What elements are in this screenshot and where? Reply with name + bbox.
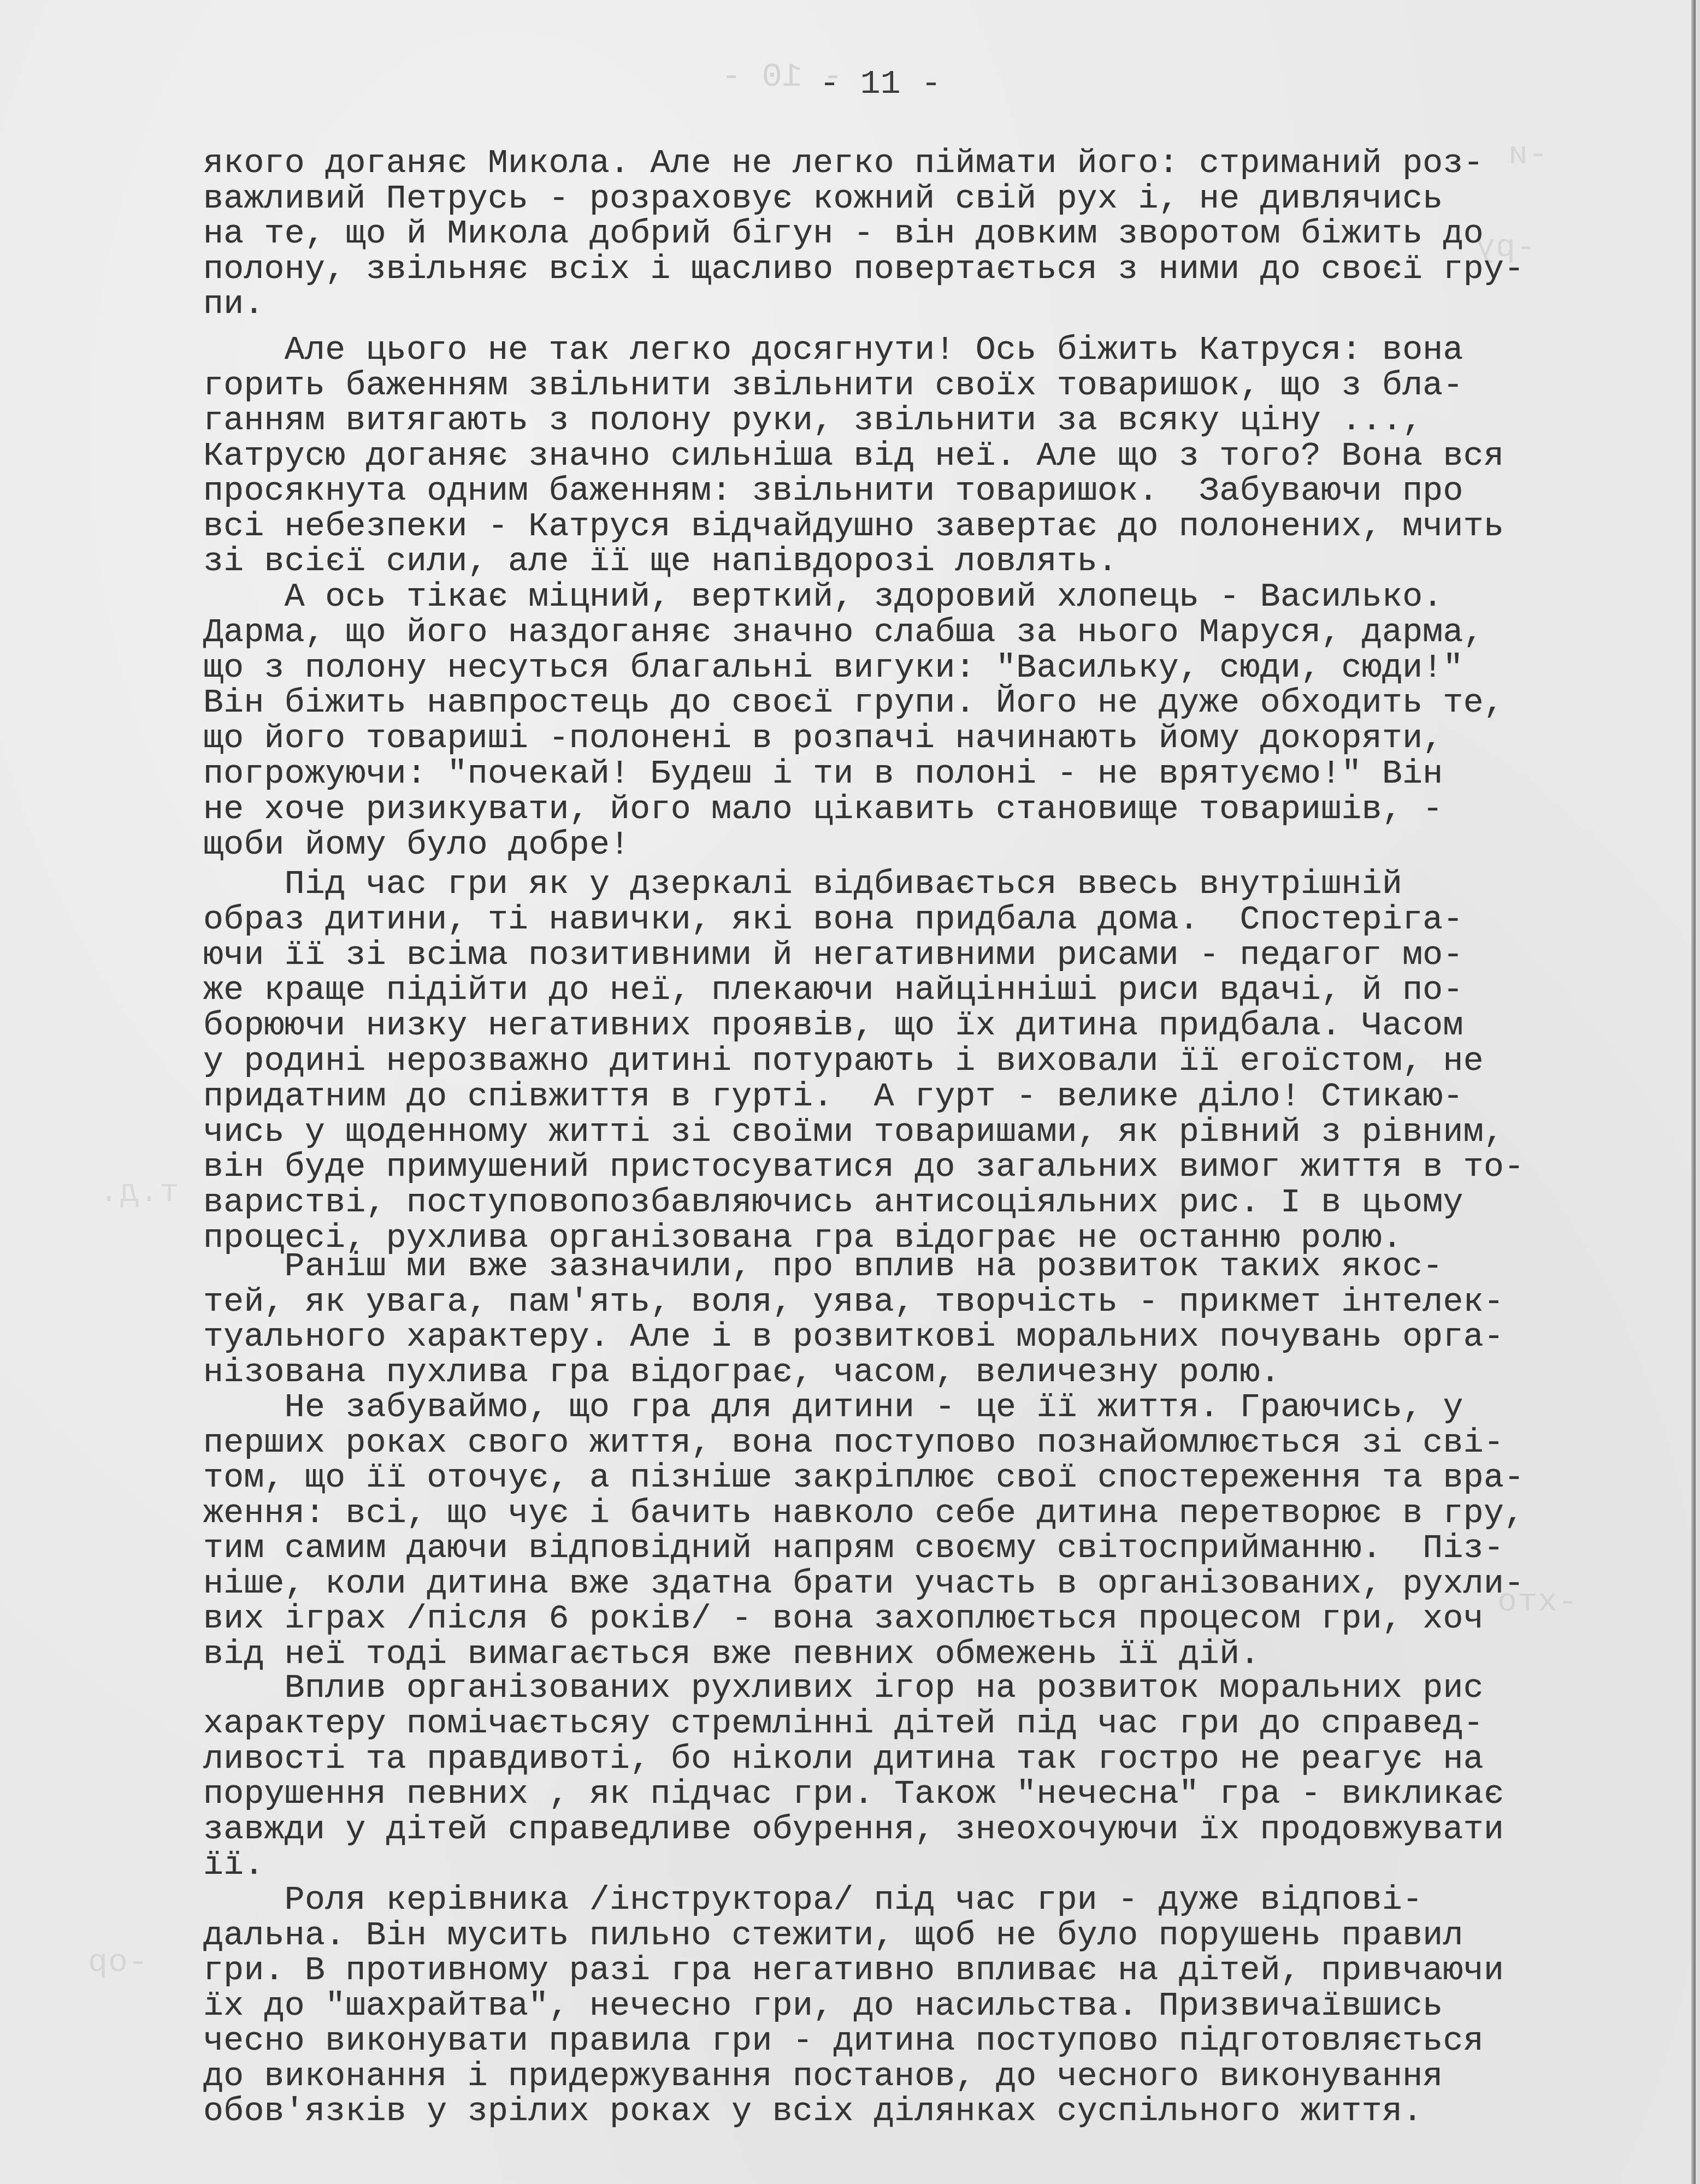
text-line: її. bbox=[203, 1848, 264, 1883]
text-line: не хоче ризикувати, його мало цікавить с… bbox=[203, 792, 1443, 827]
text-line: варистві, поступовопозбавляючись антисоц… bbox=[203, 1186, 1463, 1221]
text-line: порушення певних , як підчас гри. Також … bbox=[203, 1777, 1504, 1812]
text-line: нізована пухлива гра відограє, часом, ве… bbox=[203, 1356, 1280, 1390]
text-line: важливий Петрусь - розраховує кожний сві… bbox=[203, 182, 1443, 217]
text-line: горить баженням звільнити звільнити свої… bbox=[203, 369, 1463, 404]
text-line: Роля керівника /інструктора/ під час гри… bbox=[203, 1883, 1422, 1918]
text-line: ження: всі, що чує і бачить навколо себе… bbox=[203, 1496, 1524, 1531]
text-line: що його товариші -полонені в розпачі нач… bbox=[203, 721, 1443, 756]
text-line: вих іграх /після 6 років/ - вона захоплю… bbox=[203, 1602, 1484, 1637]
text-line: що з полону несуться благальні вигуки: "… bbox=[203, 651, 1463, 686]
text-line: від неї тоді вимагається вже певних обме… bbox=[203, 1637, 1260, 1672]
text-line: ючи її зі всіма позитивними й негативним… bbox=[203, 938, 1463, 973]
text-line: характеру помічаєтьсяу стремлінні дітей … bbox=[203, 1707, 1484, 1742]
text-line: гри. В противному разі гра негативно впл… bbox=[203, 1954, 1504, 1988]
text-line: чесно виконувати правила гри - дитина по… bbox=[203, 2024, 1484, 2059]
text-line: у родині нерозважно дитині потурають і в… bbox=[203, 1044, 1484, 1079]
text-line: їх до "шахрайтва", нечесно гри, до насил… bbox=[203, 1989, 1443, 2024]
text-line: якого доганяє Микола. Але не легко пійма… bbox=[203, 146, 1484, 181]
text-line: погрожуючи: "почекай! Будеш і ти в полон… bbox=[203, 757, 1443, 792]
bleed-through-text: -ор bbox=[87, 1944, 148, 1981]
text-line: ганням витягають з полону руки, звільнит… bbox=[203, 404, 1422, 439]
text-line: образ дитини, ті навички, які вона придб… bbox=[203, 903, 1463, 938]
text-line: Під час гри як у дзеркалі відбивається в… bbox=[203, 867, 1402, 902]
text-line: чись у щоденному житті зі своїми товариш… bbox=[203, 1115, 1504, 1150]
text-line: Раніш ми вже зазначили, про вплив на роз… bbox=[203, 1250, 1443, 1285]
text-line: пи. bbox=[203, 287, 264, 322]
text-line: просякнута одним баженням: звільнити тов… bbox=[203, 474, 1463, 509]
text-line: туального характеру. Але і в розвиткові … bbox=[203, 1320, 1504, 1355]
page-number: - 11 - bbox=[819, 64, 941, 103]
text-line: Вплив організованих рухливих ігор на роз… bbox=[203, 1671, 1484, 1706]
text-line: всі небезпеки - Катруся відчайдушно заве… bbox=[203, 510, 1504, 544]
text-line: Але цього не так легко досягнути! Ось бі… bbox=[203, 333, 1463, 368]
text-line: том, що її оточує, а пізніше закріплює с… bbox=[203, 1461, 1524, 1496]
text-line: Дарма, що його наздоганяє значно слабша … bbox=[203, 615, 1484, 650]
text-line: же краще підійти до неї, плекаючи найцін… bbox=[203, 973, 1463, 1008]
text-line: полону, звільняє всіх і щасливо повертає… bbox=[203, 252, 1524, 287]
text-line: Катрусю доганяє значно сильніша від неї.… bbox=[203, 439, 1504, 474]
text-line: він буде примушений пристосуватися до за… bbox=[203, 1150, 1524, 1185]
bleed-through-text: -и bbox=[1508, 137, 1548, 174]
text-line: перших роках свого життя, вона поступово… bbox=[203, 1426, 1504, 1461]
bleed-through-text: т.д. bbox=[98, 1174, 179, 1211]
text-line: тей, як увага, пам'ять, воля, уява, твор… bbox=[203, 1285, 1504, 1320]
text-line: ніше, коли дитина вже здатна брати участ… bbox=[203, 1567, 1524, 1602]
text-line: дальна. Він мусить пильно стежити, щоб н… bbox=[203, 1919, 1463, 1954]
text-line: придатним до співжиття в гурті. А гурт -… bbox=[203, 1080, 1463, 1115]
typewritten-page: - 10 - -и-рут.д.-хто-ор - 11 - якого дог… bbox=[0, 0, 1696, 2184]
text-line: Він біжить навпростець до своєї групи. Й… bbox=[203, 686, 1504, 721]
text-line: завжди у дітей справедливе обурення, зне… bbox=[203, 1813, 1504, 1848]
text-line: ливості та правдивоті, бо ніколи дитина … bbox=[203, 1742, 1484, 1777]
text-line: щоби йому було добре! bbox=[203, 828, 630, 863]
text-line: на те, що й Микола добрий бігун - він до… bbox=[203, 217, 1484, 252]
text-line: до виконання і придержування постанов, д… bbox=[203, 2059, 1443, 2094]
text-line: борюючи низку негативних проявів, що їх … bbox=[203, 1009, 1463, 1044]
text-line: А ось тікає міцний, верткий, здоровий хл… bbox=[203, 580, 1443, 615]
text-line: зі всієї сили, але її ще напівдорозі лов… bbox=[203, 544, 1118, 579]
text-line: Не забуваймо, що гра для дитини - це її … bbox=[203, 1390, 1463, 1425]
page-edge bbox=[1691, 0, 1696, 2184]
text-line: тим самим даючи відповідний напрям своєм… bbox=[203, 1531, 1504, 1566]
text-line: обов'язків у зрілих роках у всіх ділянка… bbox=[203, 2094, 1422, 2129]
